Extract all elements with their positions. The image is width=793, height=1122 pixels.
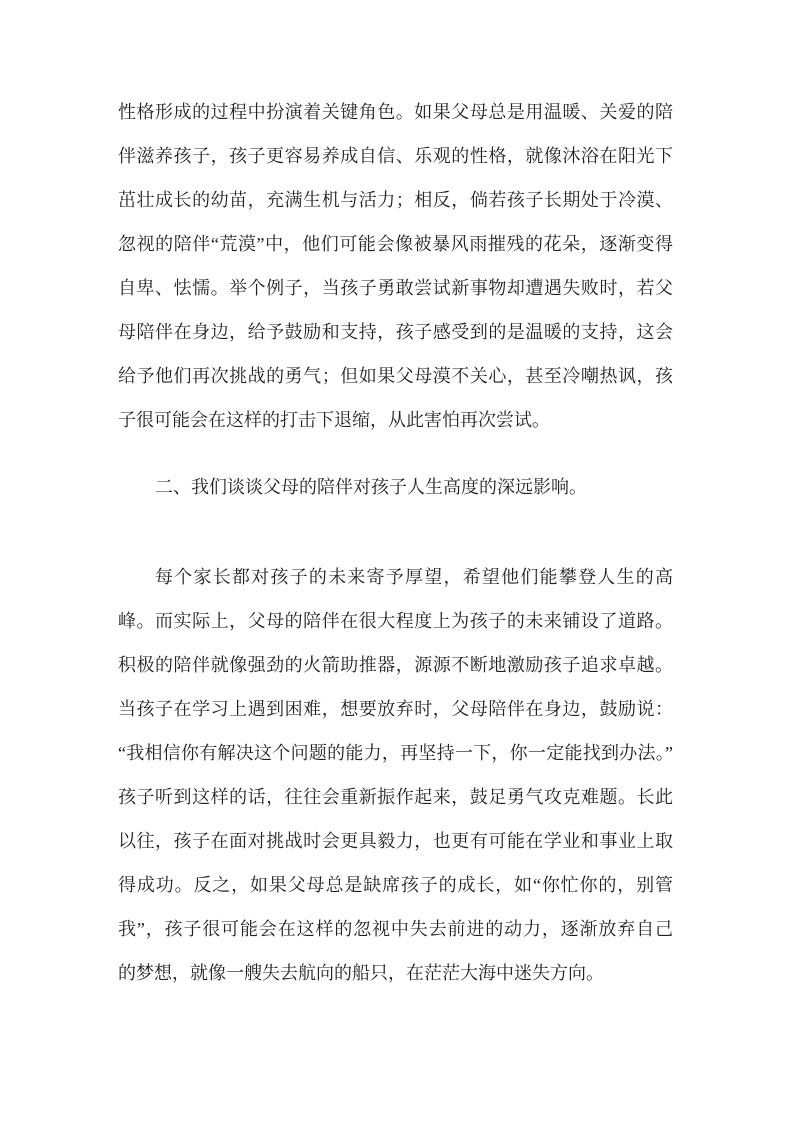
text-line: 每个家长都对孩子的未来寄予厚望，希望他们能攀登人生的高	[118, 555, 673, 599]
text-line: 得成功。反之，如果父母总是缺席孩子的成长，如“你忙你的，别管	[118, 863, 673, 907]
text-line: 忽视的陪伴“荒漠”中，他们可能会像被暴风雨摧残的花朵，逐渐变得	[118, 222, 673, 266]
text-line: 我”，孩子很可能会在这样的忽视中失去前进的动力，逐渐放弃自己	[118, 907, 673, 951]
text-line: 伴滋养孩子，孩子更容易养成自信、乐观的性格，就像沐浴在阳光下	[118, 134, 673, 178]
section-heading: 二、我们谈谈父母的陪伴对孩子人生高度的深远影响。	[118, 465, 673, 509]
text-line: 积极的陪伴就像强劲的火箭助推器，源源不断地激励孩子追求卓越。	[118, 643, 673, 687]
document-page: 性格形成的过程中扮演着关键角色。如果父母总是用温暖、关爱的陪 伴滋养孩子，孩子更…	[0, 0, 793, 1122]
text-line: 当孩子在学习上遇到困难，想要放弃时，父母陪伴在身边，鼓励说：	[118, 687, 673, 731]
text-line: 茁壮成长的幼苗，充满生机与活力；相反，倘若孩子长期处于冷漠、	[118, 178, 673, 222]
paragraph-1: 性格形成的过程中扮演着关键角色。如果父母总是用温暖、关爱的陪 伴滋养孩子，孩子更…	[118, 90, 673, 442]
text-line: 自卑、怯懦。举个例子，当孩子勇敢尝试新事物却遭遇失败时，若父	[118, 266, 673, 310]
text-line: 母陪伴在身边，给予鼓励和支持，孩子感受到的是温暖的支持，这会	[118, 310, 673, 354]
text-line: 以往，孩子在面对挑战时会更具毅力，也更有可能在学业和事业上取	[118, 819, 673, 863]
text-line: 孩子听到这样的话，往往会重新振作起来，鼓足勇气攻克难题。长此	[118, 775, 673, 819]
text-line: 子很可能会在这样的打击下退缩，从此害怕再次尝试。	[118, 398, 673, 442]
paragraph-2: 每个家长都对孩子的未来寄予厚望，希望他们能攀登人生的高 峰。而实际上，父母的陪伴…	[118, 555, 673, 995]
text-line: “我相信你有解决这个问题的能力，再坚持一下，你一定能找到办法。”	[118, 731, 673, 775]
text-line: 峰。而实际上，父母的陪伴在很大程度上为孩子的未来铺设了道路。	[118, 599, 673, 643]
text-line: 的梦想，就像一艘失去航向的船只，在茫茫大海中迷失方向。	[118, 951, 673, 995]
text-line: 性格形成的过程中扮演着关键角色。如果父母总是用温暖、关爱的陪	[118, 90, 673, 134]
text-content: 性格形成的过程中扮演着关键角色。如果父母总是用温暖、关爱的陪 伴滋养孩子，孩子更…	[118, 90, 673, 995]
text-line: 给予他们再次挑战的勇气；但如果父母漠不关心，甚至冷嘲热讽，孩	[118, 354, 673, 398]
section-heading-block: 二、我们谈谈父母的陪伴对孩子人生高度的深远影响。	[118, 465, 673, 509]
